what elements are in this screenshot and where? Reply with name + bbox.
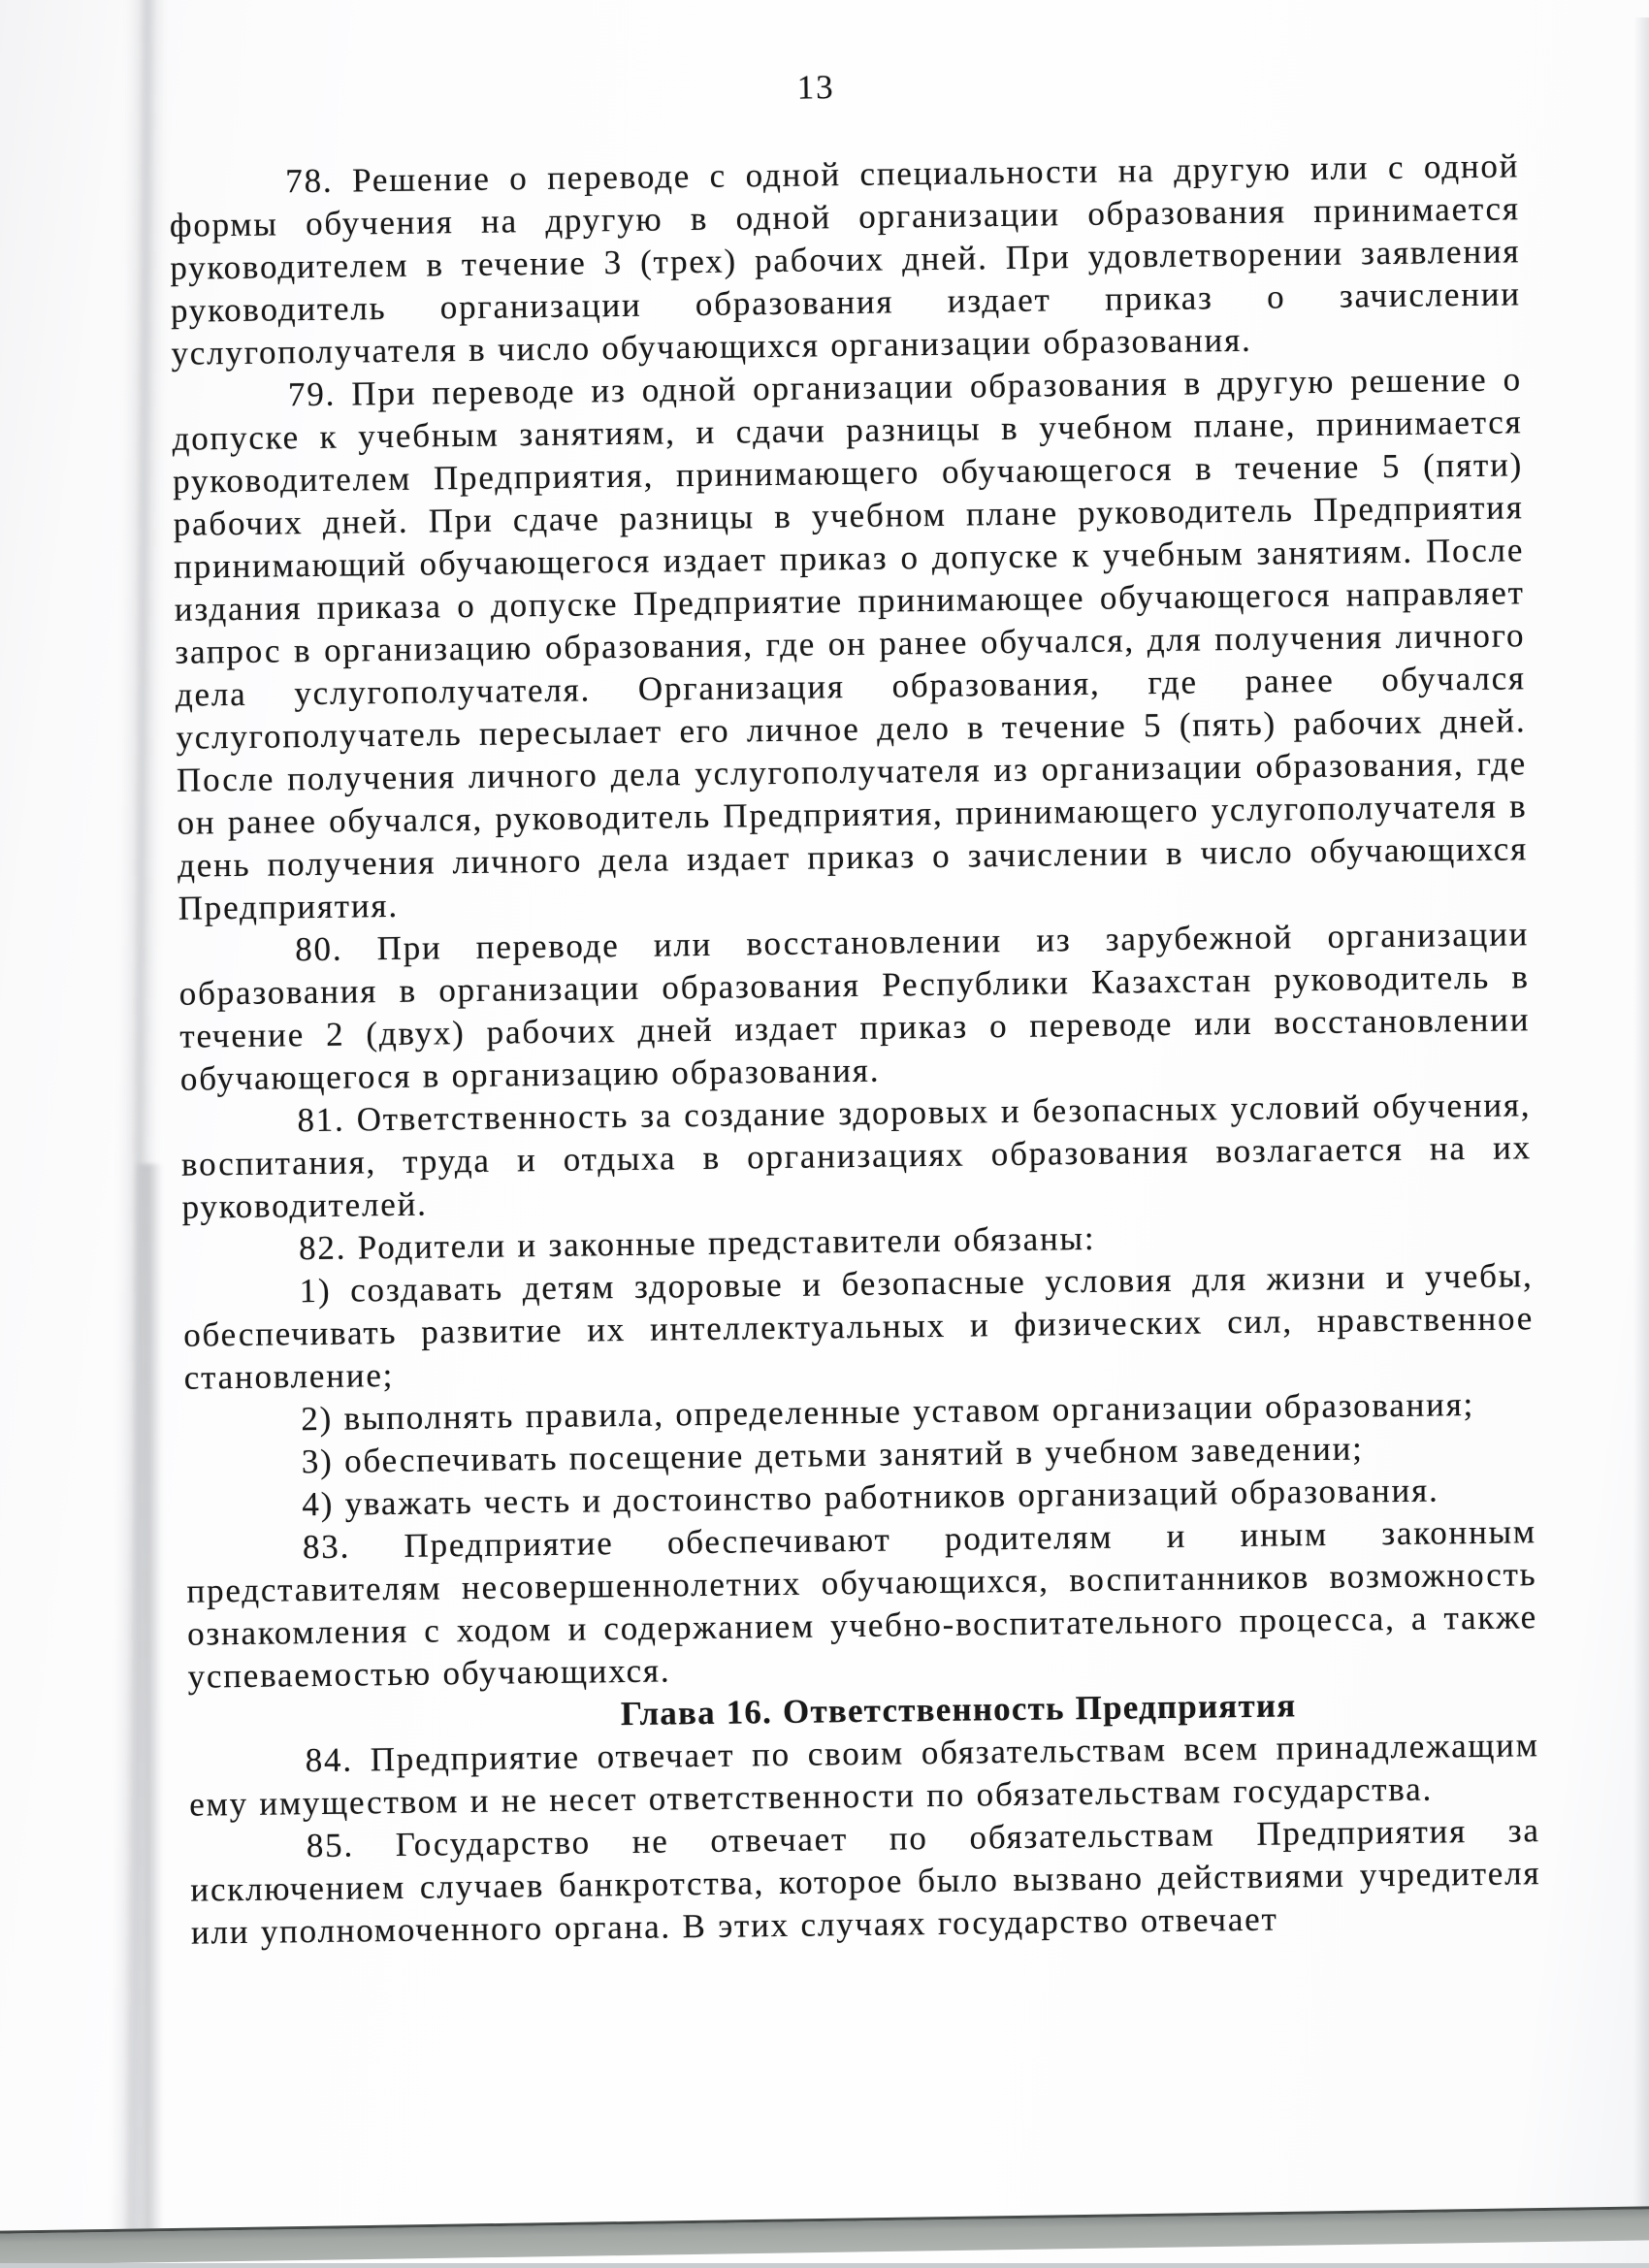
document-text-block: 13 78. Решение о переводе с одной специа…	[168, 57, 1541, 1954]
binding-crease-shadow-lower	[134, 1164, 163, 2249]
paragraph-85: 85. Государство не отвечает по обязатель…	[190, 1809, 1542, 1954]
paragraph-82-item-1: 1) создавать детям здоровые и безопасные…	[182, 1254, 1535, 1399]
paragraph-81: 81. Ответственность за создание здоровых…	[180, 1084, 1533, 1228]
scanned-document-page: 13 78. Решение о переводе с одной специа…	[0, 0, 1649, 2268]
paragraph-83: 83. Предприятие обеспечивают родителям и…	[186, 1510, 1538, 1698]
paragraph-79: 79. При переводе из одной организации об…	[172, 358, 1529, 929]
page-right-edge-shadow	[1633, 17, 1649, 2223]
paragraph-80: 80. При переводе или восстановлении из з…	[178, 913, 1531, 1100]
paragraph-78: 78. Решение о переводе с одной специальн…	[169, 145, 1522, 374]
page-number: 13	[141, 58, 1491, 117]
page-bottom-edge	[0, 2206, 1649, 2265]
scanner-bed-strip	[0, 2263, 1649, 2268]
